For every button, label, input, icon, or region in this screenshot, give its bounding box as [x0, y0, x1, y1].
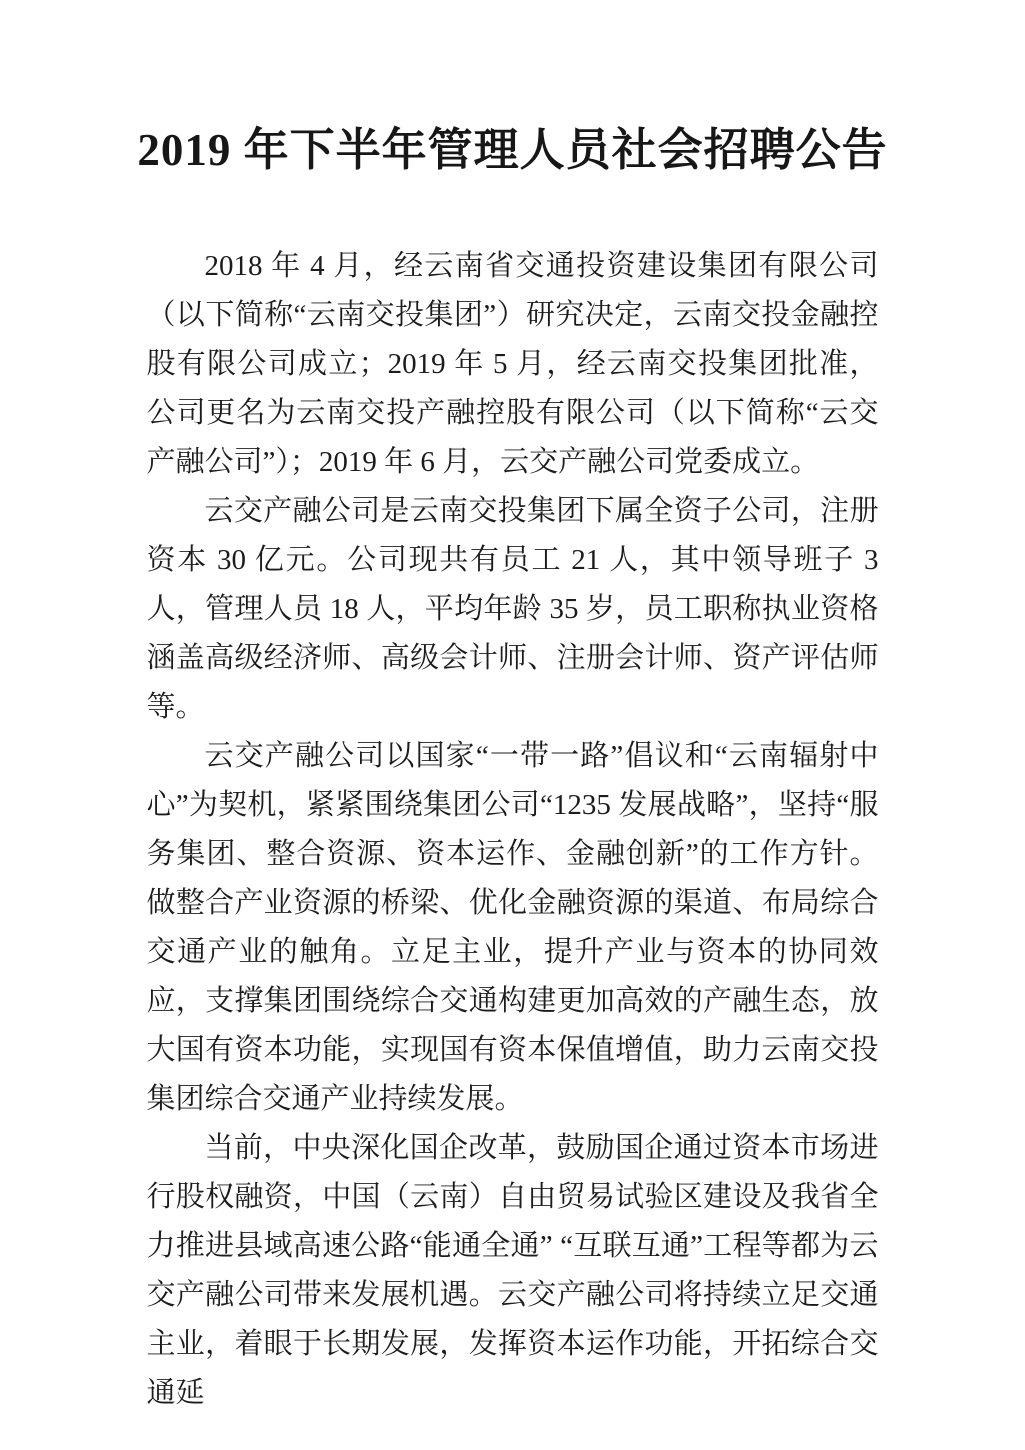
paragraph-company-strategy: 云交产融公司以国家“一带一路”倡议和“云南辐射中心”为契机，紧紧围绕集团公司“1…	[147, 732, 879, 1124]
paragraph-company-profile: 云交产融公司是云南交投集团下属全资子公司，注册资本 30 亿元。公司现共有员工 …	[147, 487, 879, 732]
paragraph-development-opportunity: 当前，中央深化国企改革，鼓励国企通过资本市场进行股权融资，中国（云南）自由贸易试…	[147, 1124, 879, 1418]
document-body: 2018 年 4 月，经云南省交通投资建设集团有限公司（以下简称“云南交投集团”…	[147, 242, 879, 1418]
document-page: 2019 年下半年管理人员社会招聘公告 2018 年 4 月，经云南省交通投资建…	[0, 0, 1025, 1450]
paragraph-company-founding: 2018 年 4 月，经云南省交通投资建设集团有限公司（以下简称“云南交投集团”…	[147, 242, 879, 487]
page-title: 2019 年下半年管理人员社会招聘公告	[0, 0, 1025, 182]
page-number: 1	[0, 1332, 1025, 1357]
